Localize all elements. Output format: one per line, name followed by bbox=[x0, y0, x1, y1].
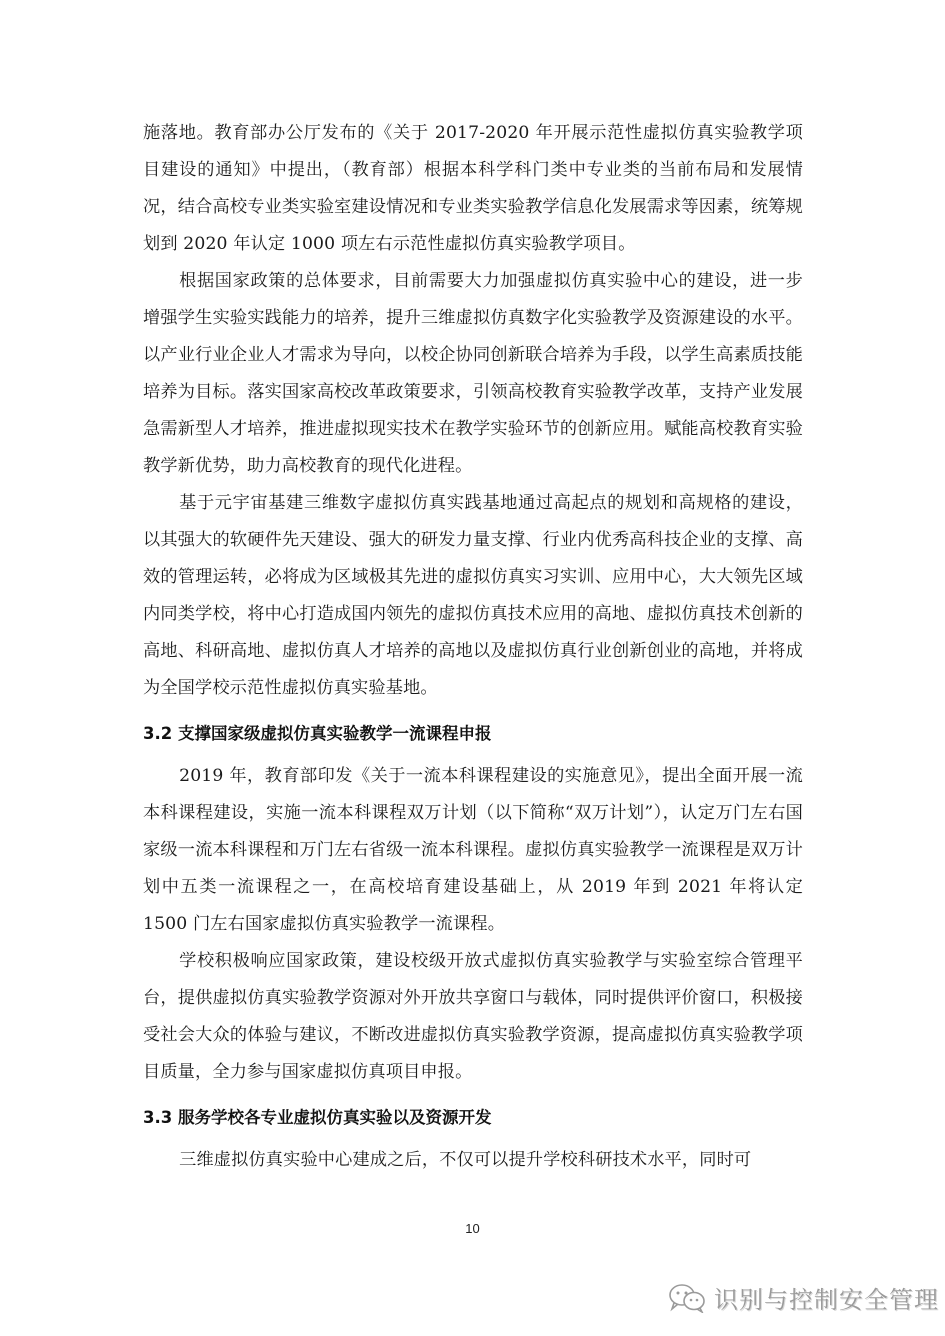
watermark: 识别与控制安全管理 bbox=[668, 1280, 939, 1315]
paragraph: 施落地。教育部办公厅发布的《关于 2017-2020 年开展示范性虚拟仿真实验教… bbox=[143, 115, 803, 263]
wechat-icon bbox=[668, 1283, 706, 1313]
watermark-text: 识别与控制安全管理 bbox=[714, 1280, 939, 1315]
paragraph: 根据国家政策的总体要求，目前需要大力加强虚拟仿真实验中心的建设，进一步增强学生实… bbox=[143, 263, 803, 485]
section-heading-3-3: 3.3 服务学校各专业虚拟仿真实验以及资源开发 bbox=[143, 1099, 803, 1136]
page-number: 10 bbox=[0, 1221, 945, 1236]
paragraph: 三维虚拟仿真实验中心建成之后，不仅可以提升学校科研技术水平，同时可 bbox=[143, 1142, 803, 1179]
paragraph: 基于元宇宙基建三维数字虚拟仿真实践基地通过高起点的规划和高规格的建设，以其强大的… bbox=[143, 485, 803, 707]
page-content: 施落地。教育部办公厅发布的《关于 2017-2020 年开展示范性虚拟仿真实验教… bbox=[143, 115, 803, 1179]
section-heading-3-2: 3.2 支撑国家级虚拟仿真实验教学一流课程申报 bbox=[143, 715, 803, 752]
paragraph: 学校积极响应国家政策，建设校级开放式虚拟仿真实验教学与实验室综合管理平台，提供虚… bbox=[143, 943, 803, 1091]
document-page: 施落地。教育部办公厅发布的《关于 2017-2020 年开展示范性虚拟仿真实验教… bbox=[0, 0, 945, 1336]
paragraph: 2019 年，教育部印发《关于一流本科课程建设的实施意见》，提出全面开展一流本科… bbox=[143, 758, 803, 943]
